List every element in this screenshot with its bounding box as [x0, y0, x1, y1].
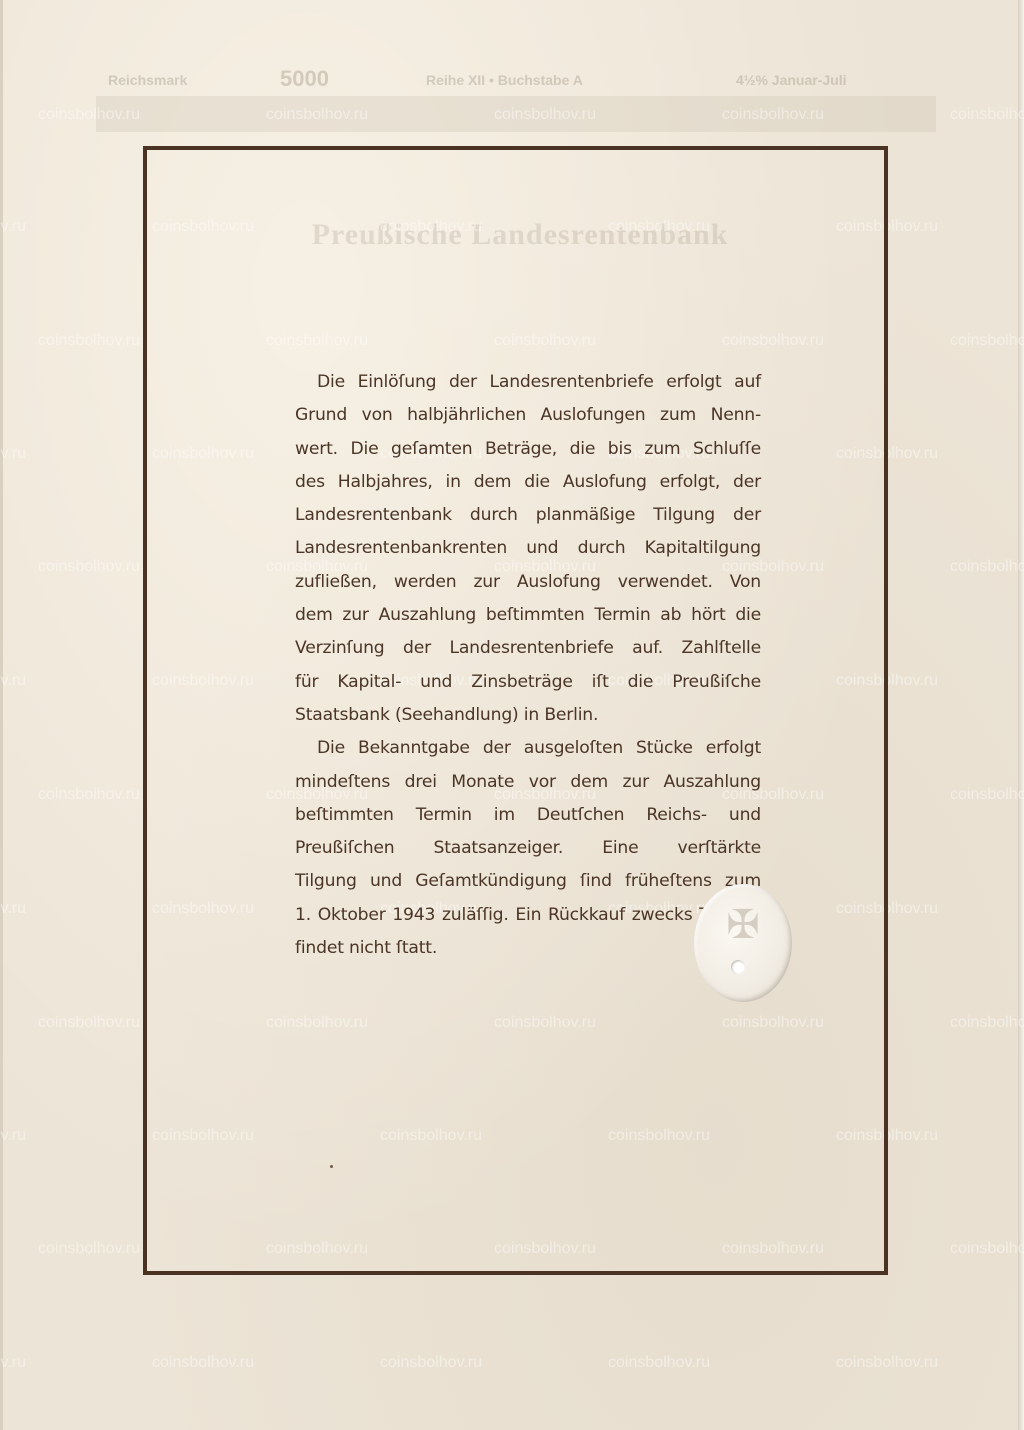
text-line: Staatsbank (Seehandlung) in Berlin. — [295, 699, 761, 732]
bleed-series: Reihe XII • Buchstabe A — [426, 72, 583, 88]
text-line: Die Einlöſung der Landesrentenbriefe erf… — [295, 366, 761, 399]
paragraph-redemption: Die Einlöſung der Landesrentenbriefe erf… — [295, 366, 761, 732]
punch-hole — [731, 960, 745, 974]
text-line: zufließen, werden zur Auslofung verwende… — [295, 566, 761, 599]
text-line: Grund von halbjährlichen Auslofungen zum… — [295, 399, 761, 432]
text-line: Die Bekanntgabe der ausgeloſten Stücke e… — [295, 732, 761, 765]
bleed-amount: 5000 — [280, 66, 329, 92]
bleed-through-header: 5000 Reichsmark Reihe XII • Buchstabe A … — [96, 66, 936, 96]
ink-speck — [330, 1165, 333, 1168]
text-line: mindeſtens drei Monate vor dem zur Ausza… — [295, 766, 761, 799]
text-line: dem zur Auszahlung beſtimmten Termin ab … — [295, 599, 761, 632]
text-line: Tilgung und Geſamtkündigung ſind früheſt… — [295, 865, 761, 898]
document-body: Die Einlöſung der Landesrentenbriefe erf… — [295, 366, 761, 965]
bleed-through-band — [96, 96, 936, 132]
text-line: beſtimmten Termin im Deutſchen Reichs- u… — [295, 799, 761, 832]
embossed-seal: ✠ — [694, 884, 792, 1002]
bleed-interest: 4½% Januar-Juli — [736, 72, 847, 88]
text-line: Landesrentenbank durch planmäßige Tilgun… — [295, 499, 761, 532]
text-line: Preußiſchen Staatsanzeiger. Eine verſtär… — [295, 832, 761, 865]
paper-edge-left — [0, 0, 3, 1430]
text-line: findet nicht ſtatt. — [295, 932, 761, 965]
paper-edge-right — [1018, 0, 1024, 1430]
paragraph-announcement: Die Bekanntgabe der ausgeloſten Stücke e… — [295, 732, 761, 965]
text-line: Landesrentenbankrenten und durch Kapital… — [295, 532, 761, 565]
bleed-amount-unit: Reichsmark — [108, 72, 187, 88]
text-line: 1. Oktober 1943 zuläſſig. Ein Rückkauf z… — [295, 899, 761, 932]
text-line: für Kapital- und Zinsbeträge iſt die Pre… — [295, 666, 761, 699]
text-line: Verzinſung der Landesrentenbriefe auf. Z… — [295, 632, 761, 665]
eagle-emblem-icon: ✠ — [694, 902, 792, 948]
text-line: des Halbjahres, in dem die Auslofung erf… — [295, 466, 761, 499]
text-line: wert. Die geſamten Beträge, die bis zum … — [295, 433, 761, 466]
